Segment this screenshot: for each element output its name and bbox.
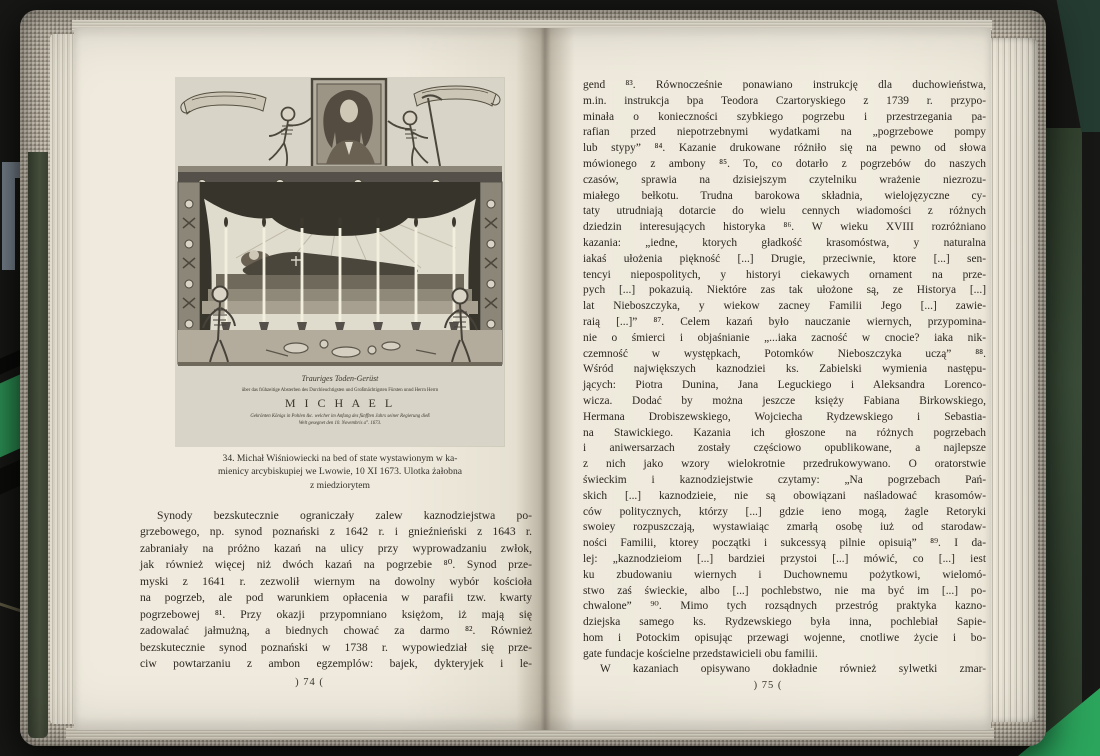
text-line: myski z 1641 r. zezwolił wiernym na dowo… [140,574,532,590]
text-line: i aniwersarzach zostały częściowo opubli… [583,441,986,457]
text-line: ku zbudowaniu wiernych i Duchownemu poży… [583,568,986,584]
text-line: grzebowego, np. synod poznański z 1642 r… [140,524,532,540]
text-line: mówionego z ambony ⁸⁵. To, co dotarło z … [583,157,986,173]
background-teal-shape [1038,0,1100,132]
left-page-body-text: Synody bezskutecznie ograniczały zalew k… [140,508,532,673]
right-page: gend ⁸³. Równocześnie ponawiano instrukc… [545,28,991,730]
page-number-74: ) 74 ( [74,677,545,688]
page-edges-fore-edge [990,38,1038,722]
text-line: wicza. Dodać by można jeszcze księży Fab… [583,394,986,410]
text-line: hom i Potockim opisując przewagi wojenne… [583,631,986,647]
engraving-footer-2: Welt gesegnet den 10. Novembris a°. 1673… [299,421,381,426]
text-line: gend ⁸³. Równocześnie ponawiano instrukc… [583,78,986,94]
portrait-of-king [312,79,386,169]
text-line: jak również więcej niż dwóch kazań na po… [140,557,532,573]
right-page-body-text: gend ⁸³. Równocześnie ponawiano instrukc… [583,78,986,678]
text-line: świeckim i kaznodziejstwie czytamy: „Na … [583,473,986,489]
engraving-svg: Trauriges Toden-Gerüst über das frühzeit… [176,78,504,446]
text-line: ności Familii, ktorey początki i sukcess… [583,536,986,552]
text-line: czasów, sprawia na dzisiejszym czytelnik… [583,173,986,189]
text-line: taty utrudniają dotarcie do wielu cennyc… [583,204,986,220]
engraving-footer-1: Gekrönten Königs in Pohlen &c. welcher i… [250,414,430,419]
text-line: stwo zaś świeckie, albo [...] pochlebstw… [583,584,986,600]
caption-line: z miedziorytem [150,479,530,492]
engraving-name: M I C H A E L [285,396,395,410]
engraving-illustration: Trauriges Toden-Gerüst über das frühzeit… [176,78,504,446]
text-line: gate fundacje kościelne przedstawicieli … [583,647,986,663]
text-line: Hermana Drobiszewskiego, Wojciecha Rydze… [583,410,986,426]
text-line: zabraniały na próżno kazań na ulicy przy… [140,541,532,557]
engraving-subtitle: über das frühzeitige Absterben des Durch… [242,388,439,393]
text-line: zadowalać jałmużną, a biednych chować za… [140,623,532,639]
paragraph: gend ⁸³. Równocześnie ponawiano instrukc… [583,78,986,662]
text-line: W kazaniach opisywano dokładnie również … [583,662,986,678]
book-cover-board-edge [28,152,48,738]
text-line: swoiey rozpuszczają, wystawiaiąc zmarłą … [583,520,986,536]
text-line: dziedzin interesujących historyka ⁸⁶. W … [583,220,986,236]
text-line: dziejska samego ks. Rydzewskiego była in… [583,615,986,631]
text-line: pogrzebowej ⁸¹. Przy okazji przypomniano… [140,607,532,623]
page-edges-left [50,34,76,724]
text-line: m.in. instrukcja bpa Teodora Czartoryski… [583,94,986,110]
text-line: z nich jako wzory wielokrotnie przedruko… [583,457,986,473]
text-line: iakaś ułożenia piękność [...] Drugie, pr… [583,252,986,268]
page-number-75: ) 75 ( [545,680,991,691]
text-line: Synody bezskutecznie ograniczały zalew k… [140,508,532,524]
text-line: kazania: „iedne, ktorych gładkość krasom… [583,236,986,252]
text-line: rafian przed niepotrzebnymi wydatkami na… [583,125,986,141]
text-line: miałego bełkotu. Trudna barokowa składni… [583,189,986,205]
text-line: Wśród największych kaznodziei ks. Zabiel… [583,362,986,378]
text-line: ców politycznych, którzy [...] gdzie ien… [583,505,986,521]
text-line: lub stypy” ⁸⁴. Kazanie drukowane różniło… [583,141,986,157]
text-line: chwalone” ⁹⁰. Mimo tych rozsądnych przes… [583,599,986,615]
left-page: Trauriges Toden-Gerüst über das frühzeit… [74,28,545,730]
text-line: na Stawickiego. Kazania ich głoszone na … [583,426,986,442]
text-line: pych [...] pokazuią. Niektóre zas tak uł… [583,283,986,299]
text-line: czemność w występkach, Potomków Nieboszc… [583,347,986,363]
text-line: lej: „kaznodzieiom [...] bardziei przyst… [583,552,986,568]
text-line: jących: Piotra Dunina, Jana Leguckiego i… [583,378,986,394]
text-line: na pogrzeb, ale pod warunkiem opłacenia … [140,590,532,606]
text-line: tencyi niepospolitych, y historyi ciekaw… [583,268,986,284]
text-line: minała o konieczności szybkiego pogrzebu… [583,110,986,126]
background-green-strip [1044,128,1082,756]
text-line: raią [...]” ⁸⁷. Celem kazań było nauczan… [583,315,986,331]
text-line: skich [...] kaznodzieie, nie są obowiąza… [583,489,986,505]
text-line: lat Nieboszczyka, y wiekow zacney Famili… [583,299,986,315]
photo-background: Trauriges Toden-Gerüst über das frühzeit… [0,0,1100,756]
text-line: nie o śmierci i objaśnianie „...iaka zac… [583,331,986,347]
letter-stem [2,162,15,270]
paragraph: W kazaniach opisywano dokładnie również … [583,662,986,678]
caption-line: 34. Michał Wiśniowiecki na bed of state … [150,452,530,465]
text-line: ciw powtarzaniu z ambon egzemplów: bajek… [140,656,532,672]
engraving-title: Trauriges Toden-Gerüst [302,374,380,383]
paragraph: Synody bezskutecznie ograniczały zalew k… [140,508,532,673]
caption-line: mienicy arcybiskupiej we Lwowie, 10 XI 1… [150,465,530,478]
figure-caption: 34. Michał Wiśniowiecki na bed of state … [150,452,530,492]
text-line: bezskutecznie synod poznański w 1738 r. … [140,640,532,656]
